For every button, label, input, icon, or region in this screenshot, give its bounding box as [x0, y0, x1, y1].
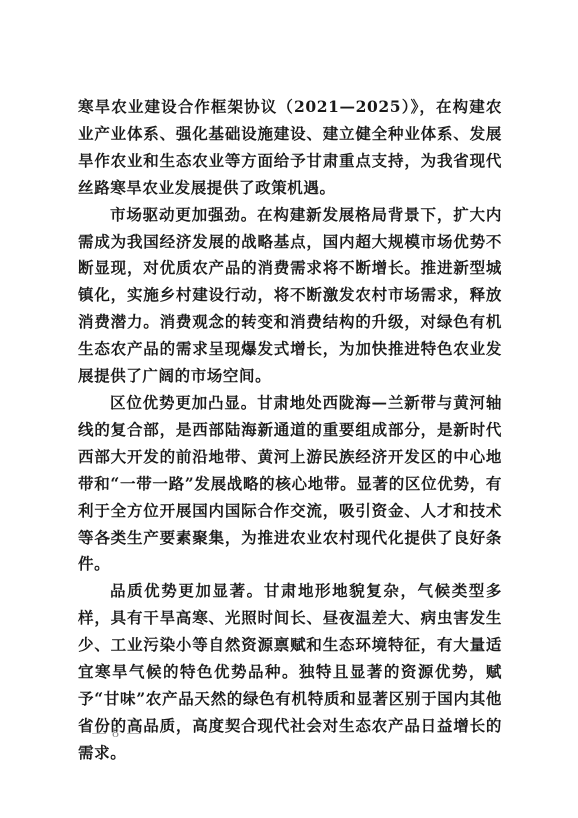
paragraph-location-advantage: 区位优势更加凸显。甘肃地处西陇海—兰新带与黄河轴线的复合部，是西部陆海新通道的重… [78, 390, 502, 578]
page-number-value: 8 [112, 726, 121, 741]
dash-left [92, 733, 106, 734]
paragraph-market-driven: 市场驱动更加强劲。在构建新发展格局背景下，扩大内需成为我国经济发展的战略基点，国… [78, 202, 502, 390]
page-number-footer: 8 [86, 726, 147, 742]
document-page-body: 寒旱农业建设合作框架协议（2021—2025）》，在构建农业产业体系、强化基础设… [78, 94, 502, 767]
paragraph-policy-opportunity: 寒旱农业建设合作框架协议（2021—2025）》，在构建农业产业体系、强化基础设… [78, 94, 502, 202]
dash-right [127, 733, 141, 734]
